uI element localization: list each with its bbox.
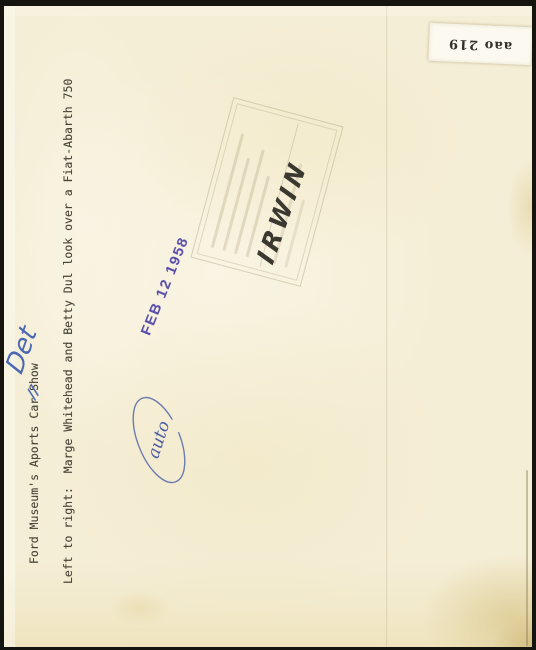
scan-edge-right bbox=[532, 0, 536, 650]
photo-back-scan: 1958 FEB 5 PM 3 52 aao 219 IRWIN FEB 12 … bbox=[0, 0, 536, 650]
scan-edge-left bbox=[0, 0, 4, 650]
caption-line-2: Left to right: Marge Whitehead and Betty… bbox=[61, 74, 77, 584]
paper-stains bbox=[0, 0, 536, 650]
scan-edge-top bbox=[0, 0, 536, 6]
file-slip-label: aao 219 bbox=[448, 35, 513, 53]
right-edge-crease bbox=[526, 470, 528, 646]
vertical-crease bbox=[386, 0, 388, 650]
file-slip: aao 219 bbox=[428, 23, 533, 65]
caption-line-1: Ford Museum's Aports Car Show bbox=[27, 264, 43, 564]
handwritten-category-text: auto bbox=[144, 418, 175, 460]
received-date-stamp: FEB 12 1958 bbox=[137, 234, 192, 338]
handwritten-category-note: auto bbox=[116, 388, 202, 492]
